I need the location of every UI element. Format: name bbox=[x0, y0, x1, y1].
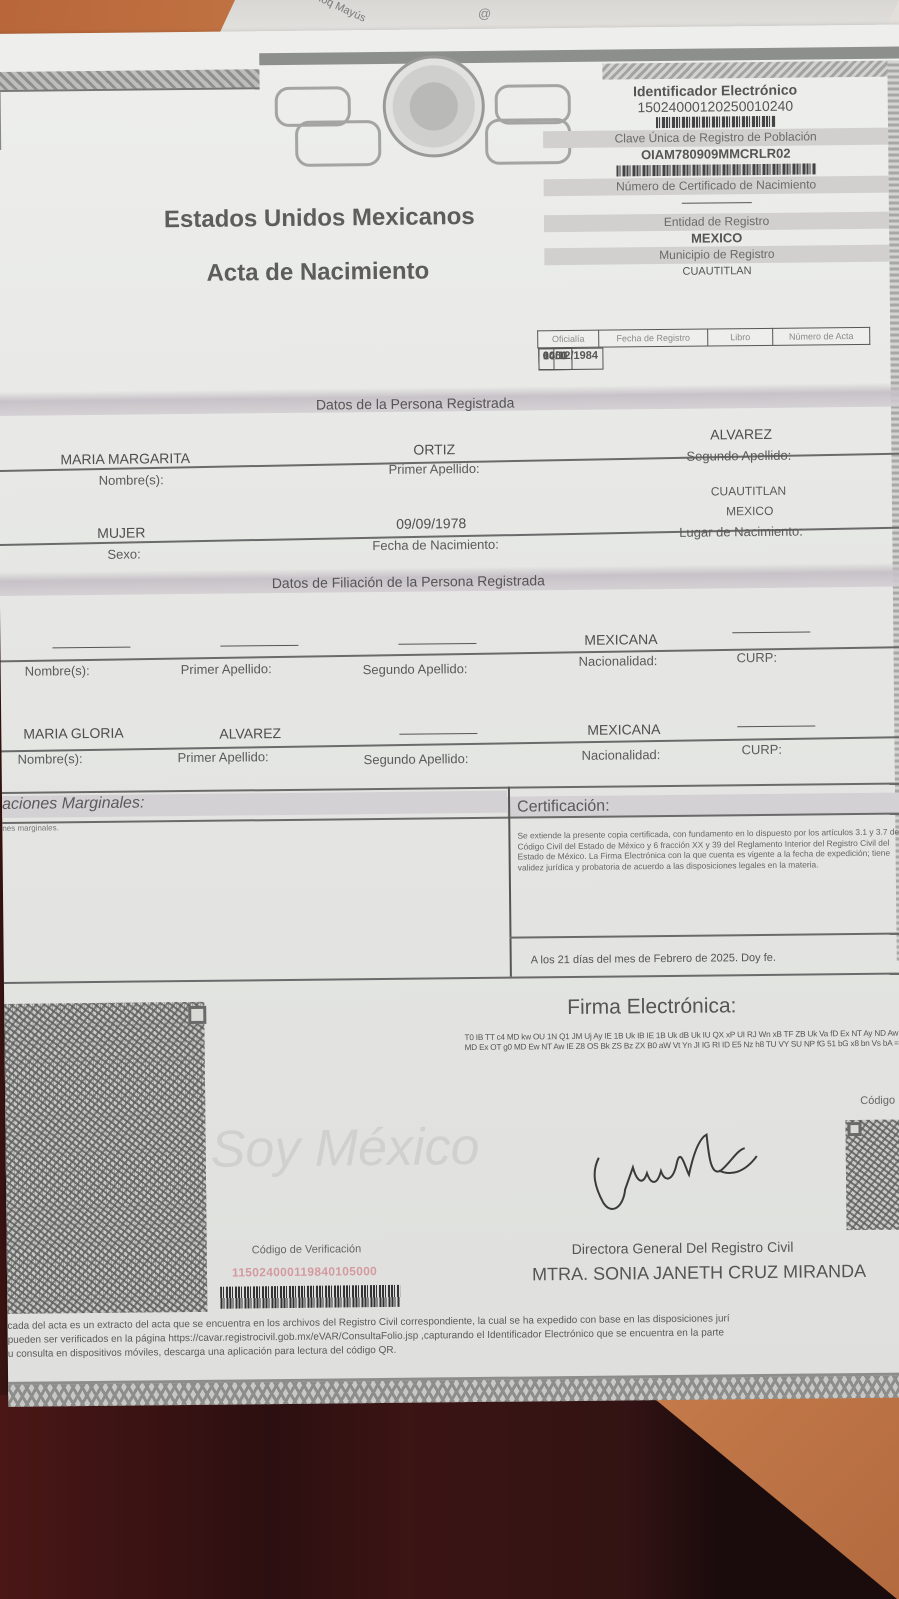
registry-header-cell: Oficialía bbox=[538, 330, 599, 348]
director-role: Directora General Del Registro Civil bbox=[572, 1239, 794, 1257]
electronic-signature-title: Firma Electrónica: bbox=[567, 994, 736, 1020]
verification-code-label: Código de Verificación bbox=[252, 1243, 362, 1256]
person-surname-2: ALVAREZ bbox=[710, 426, 772, 443]
handwritten-signature bbox=[580, 1126, 771, 1223]
registry-record-number: 1050 bbox=[538, 348, 573, 370]
parent1-surname-1-label: Primer Apellido: bbox=[181, 661, 272, 677]
birth-cert-label: Número de Certificado de Nacimiento bbox=[544, 176, 889, 197]
registry-table-header: Oficialía Fecha de Registro Libro Número… bbox=[538, 327, 870, 347]
ornamental-border-right bbox=[602, 61, 892, 80]
qr-code-main bbox=[4, 1002, 207, 1314]
certification-title: Certificación: bbox=[517, 798, 610, 817]
person-sex: MUJER bbox=[97, 524, 145, 541]
person-birth-date-label: Fecha de Nacimiento: bbox=[372, 537, 499, 553]
footer-disclaimer: cada del acta es un extracto del acta qu… bbox=[7, 1310, 899, 1362]
birth-certificate-document: Estados Unidos Mexicanos Acta de Nacimie… bbox=[0, 24, 899, 1396]
parent2-surname-1: ALVAREZ bbox=[219, 725, 281, 742]
annotations-body: nes marginales. bbox=[2, 823, 59, 833]
parent1-surname-1-blank bbox=[220, 645, 298, 647]
identifiers-block: Identificador Electrónico 15024000120250… bbox=[543, 81, 890, 282]
parent1-curp-blank bbox=[732, 631, 810, 633]
keyboard-at-symbol: @ bbox=[478, 6, 491, 21]
person-first-names: MARIA MARGARITA bbox=[60, 450, 190, 467]
ornamental-border bbox=[0, 69, 260, 92]
person-surname-1: ORTIZ bbox=[413, 441, 455, 457]
certification-date: A los 21 días del mes de Febrero de 2025… bbox=[531, 952, 776, 967]
national-coat-of-arms-seal bbox=[382, 55, 485, 158]
parent2-nationality-label: Nacionalidad: bbox=[582, 747, 661, 763]
parent1-nationality-label: Nacionalidad: bbox=[579, 653, 658, 669]
curp-value: OIAM780909MMCRLR02 bbox=[543, 145, 888, 165]
parent2-first-names: MARIA GLORIA bbox=[23, 725, 124, 742]
verification-barcode bbox=[220, 1285, 400, 1309]
curp-barcode bbox=[616, 163, 816, 176]
birth-cert-blank bbox=[681, 202, 751, 204]
qr-code-secondary bbox=[845, 1119, 899, 1230]
parent1-first-names-label: Nombre(s): bbox=[25, 663, 90, 679]
qr-finder bbox=[188, 1006, 206, 1024]
parent2-curp-label: CURP: bbox=[741, 742, 782, 757]
parent2-curp-blank bbox=[737, 725, 815, 727]
registry-header-cell: Libro bbox=[708, 328, 773, 346]
ornamental-border-left bbox=[0, 90, 1, 150]
filiation-section-title: Datos de Filiación de la Persona Registr… bbox=[272, 572, 545, 591]
qr-code-label: Código bbox=[860, 1095, 895, 1107]
electronic-id-barcode bbox=[655, 116, 775, 128]
director-name: MTRA. SONIA JANETH CRUZ MIRANDA bbox=[532, 1261, 866, 1285]
person-first-names-label: Nombre(s): bbox=[99, 472, 164, 488]
fret-ornament-left bbox=[295, 120, 381, 167]
birth-place-label: Lugar de Nacimiento: bbox=[679, 524, 803, 540]
parent2-first-names-label: Nombre(s): bbox=[18, 751, 83, 767]
divider bbox=[509, 932, 899, 938]
electronic-id-value: 15024000120250010240 bbox=[543, 97, 888, 117]
parent1-first-names-blank bbox=[52, 647, 130, 649]
person-surname-1-label: Primer Apellido: bbox=[389, 461, 480, 477]
parent2-surname-2-label: Segundo Apellido: bbox=[364, 751, 469, 767]
parent1-surname-2-blank bbox=[398, 643, 476, 645]
qr-finder bbox=[847, 1122, 861, 1136]
verification-code: 115024000119840105000 bbox=[232, 1264, 377, 1280]
electronic-signature-hash: T0 IB TT c4 MD kw OU 1N Q1 JM Uj Ay IE 1… bbox=[464, 1029, 899, 1053]
person-section-title: Datos de la Persona Registrada bbox=[316, 395, 515, 413]
registry-header-cell: Número de Acta bbox=[773, 327, 870, 345]
parent1-surname-2-label: Segundo Apellido: bbox=[363, 661, 468, 677]
parent2-nationality: MEXICANA bbox=[587, 721, 660, 738]
parent2-surname-2-blank bbox=[399, 733, 477, 735]
birth-place-state: MEXICO bbox=[726, 504, 773, 518]
person-birth-date: 09/09/1978 bbox=[396, 515, 466, 532]
municipality-value: CUAUTITLAN bbox=[544, 262, 889, 282]
certification-text: Se extiende la presente copia certificad… bbox=[517, 826, 899, 872]
parent1-nationality: MEXICANA bbox=[584, 631, 657, 648]
person-surname-2-label: Segundo Apellido: bbox=[686, 448, 791, 464]
registry-table: Oficialía Fecha de Registro Libro Número… bbox=[537, 327, 870, 348]
document-title: Acta de Nacimiento bbox=[206, 257, 429, 287]
birth-place-city: CUAUTITLAN bbox=[711, 484, 786, 499]
parent1-curp-label: CURP: bbox=[736, 650, 777, 665]
country-title: Estados Unidos Mexicanos bbox=[164, 203, 475, 234]
parent2-surname-1-label: Primer Apellido: bbox=[178, 749, 269, 765]
divider bbox=[4, 972, 899, 983]
registry-header-cell: Fecha de Registro bbox=[599, 329, 708, 347]
watermark: Soy México bbox=[210, 1117, 479, 1180]
person-sex-label: Sexo: bbox=[107, 546, 140, 561]
annotations-title: aciones Marginales: bbox=[2, 794, 144, 813]
